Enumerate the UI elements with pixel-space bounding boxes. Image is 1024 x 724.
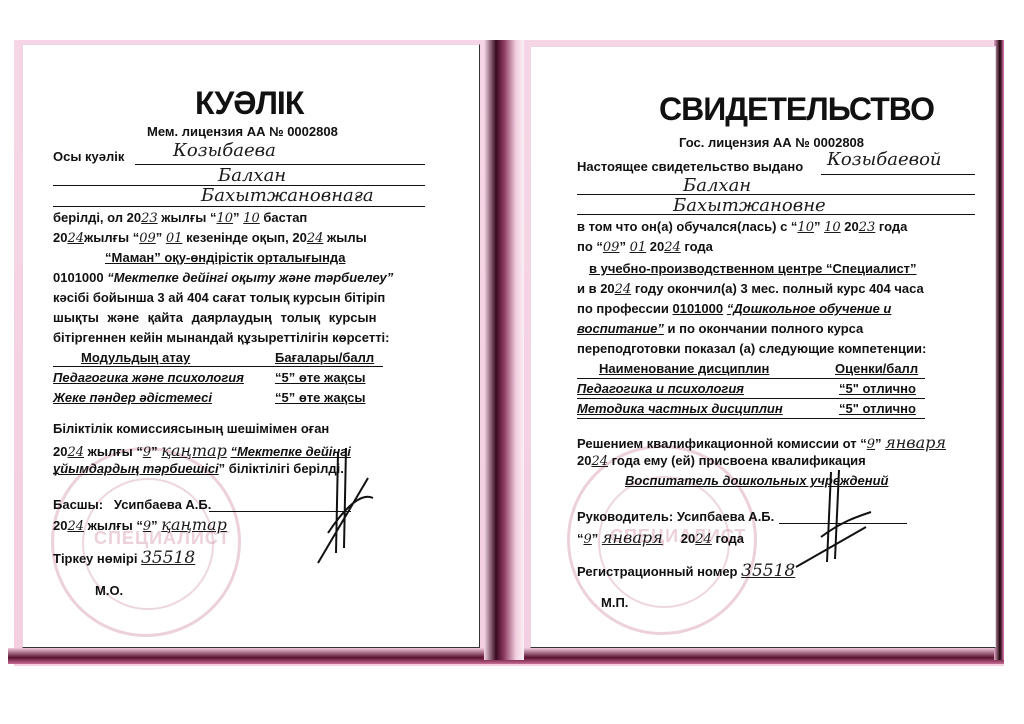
issued-to-label: Осы куәлік	[53, 149, 124, 164]
head-signature-line: Руководитель: Усипбаева А.Б.	[577, 509, 774, 524]
table-row-grade: “5" отлично	[839, 381, 916, 396]
registration-number: Регистрационный номер 35518	[577, 561, 795, 581]
recipient-first-name: Балхан	[683, 175, 751, 196]
table-row-subject: Педагогика және психология	[53, 370, 244, 385]
qualification-text: ұйымдардың тәрбиешісі” біліктілігі беріл…	[53, 461, 344, 476]
qualification-date: 2024 жылғы “9” қаңтар “Мектепке дейінгі	[53, 441, 351, 460]
registration-number: Тіркеу нөмірі 35518	[53, 548, 195, 568]
study-period-from: в том что он(а) обучался(лась) с “10” 10…	[577, 219, 907, 235]
sign-date: 2024 жылғы “9” қаңтар	[53, 515, 227, 534]
signature	[308, 443, 378, 568]
course-text-3: бітіргеннен кейін мынандай құзыреттілігі…	[53, 330, 390, 345]
training-center: “Маман” оқу-өндірістік орталығында	[105, 250, 345, 265]
right-page-russian: СПЕЦИАЛИСТ СВИДЕТЕЛЬСТВО Гос. лицензия А…	[530, 46, 996, 648]
table-row-subject: Методика частных дисциплин	[577, 401, 783, 416]
table-row-grade: “5” өте жақсы	[275, 390, 365, 405]
page-title: КУӘЛІК	[195, 85, 303, 122]
course-text-1: кәсібі бойынша 3 ай 404 сағат толық курс…	[53, 290, 385, 305]
cover-spine	[484, 40, 524, 660]
table-header-module: Модульдың атау	[81, 350, 190, 365]
issued-to-label: Настоящее свидетельство выдано	[577, 159, 803, 174]
page-title: СВИДЕТЕЛЬСТВО	[659, 91, 934, 128]
recipient-patronymic: Бахытжановне	[673, 195, 826, 216]
recipient-first-name: Балхан	[218, 165, 286, 186]
profession: по профессии 0101000 “Дошкольное обучени…	[577, 301, 891, 316]
table-row-grade: “5” өте жақсы	[275, 370, 365, 385]
license-number: Мем. лицензия АА № 0002808	[147, 124, 338, 139]
license-number: Гос. лицензия АА № 0002808	[679, 135, 864, 150]
course-text-2: шықты және қайта даярлаудың толық курсын	[53, 310, 376, 325]
profession: 0101000 “Мектепке дейінгі оқыту және тәр…	[53, 270, 393, 285]
profession-continued: воспитание” и по окончании полного курса	[577, 321, 863, 336]
recipient-surname: Козыбаева	[173, 140, 276, 161]
commission-text: Біліктілік комиссиясының шешімімен оған	[53, 421, 329, 436]
course-finished: и в 2024 году окончил(а) 3 мес. полный к…	[577, 281, 924, 297]
recipient-surname: Козыбаевой	[827, 149, 942, 170]
seal-label: М.О.	[95, 583, 123, 598]
table-header-grade: Бағалары/балл	[275, 350, 374, 365]
table-header-grade: Оценки/балл	[835, 361, 918, 376]
study-period-line-2: 2024жылғы “09” 01 кезенінде оқып, 2024 ж…	[53, 230, 367, 246]
table-row-subject: Жеке пәндер әдістемесі	[53, 390, 212, 405]
training-center: в учебно-производственном центре “Специа…	[589, 261, 917, 276]
table-row-grade: “5" отлично	[839, 401, 916, 416]
recipient-patronymic: Бахытжановнаға	[201, 185, 374, 206]
head-signature-line: Басшы: Усипбаева А.Б.	[53, 497, 211, 512]
left-page-kazakh: СПЕЦИАЛИСТ КУӘЛІК Мем. лицензия АА № 000…	[22, 44, 480, 648]
seal-label: М.П.	[601, 595, 628, 610]
competences-text: переподготовки показал (а) следующие ком…	[577, 341, 926, 356]
table-row-subject: Педагогика и психология	[577, 381, 744, 396]
study-period-line-1: берілді, ол 2023 жылғы “10” 10 бастап	[53, 210, 307, 226]
commission-text: Решением квалификационной комиссии от “9…	[577, 433, 946, 452]
sign-date: “9” января 2024 года	[577, 528, 744, 547]
table-header-discipline: Наименование дисциплин	[599, 361, 769, 376]
signature	[791, 467, 881, 577]
study-period-to: по “09” 01 2024 года	[577, 239, 713, 255]
